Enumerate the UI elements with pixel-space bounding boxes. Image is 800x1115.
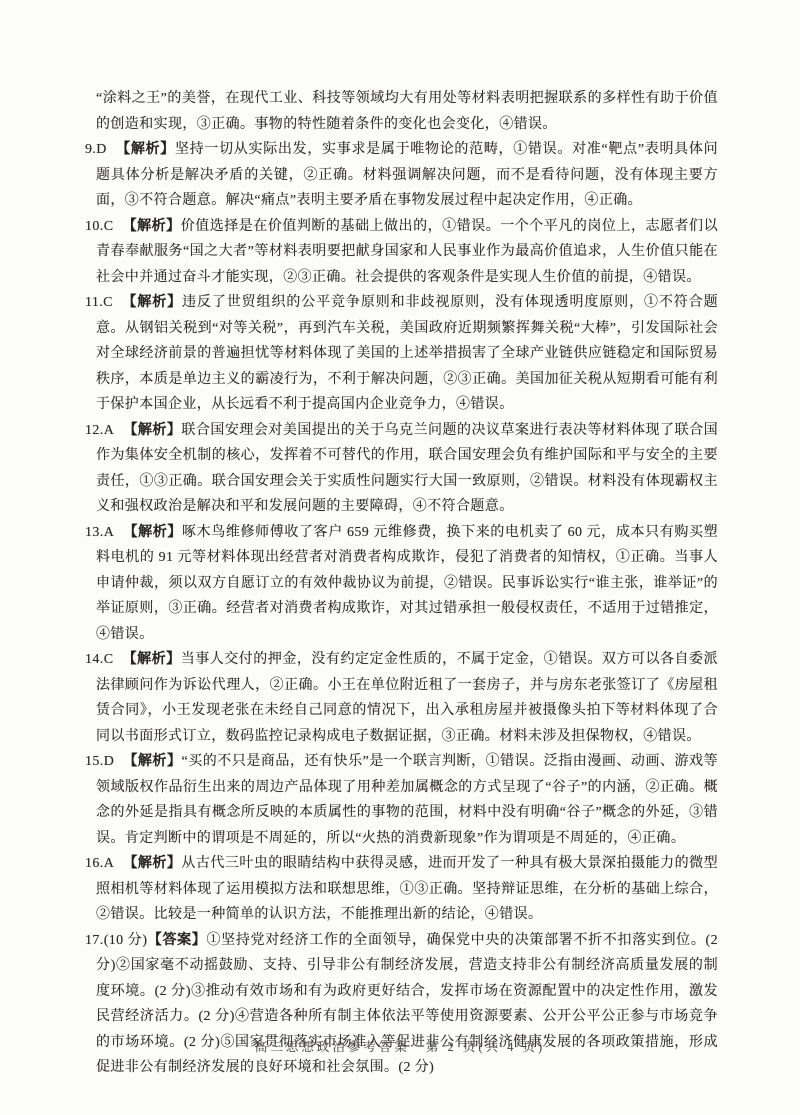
analysis-tag: 【解析】 (123, 754, 181, 769)
item-explanation-text: 从古代三叶虫的眼睛结构中获得灵感，进而开发了一种具有极大景深拍摄能力的微型照相机… (96, 856, 718, 922)
item-explanation-text: 坚持一切从实际出发，实事求是属于唯物论的范畴，①错误。对准“靶点”表明具体问题具… (96, 142, 718, 208)
answer-item-13: 13.A【解析】啄木鸟维修师傅收了客户 659 元维修费，换下来的电机卖了 60… (96, 520, 718, 648)
answer-item-17: 17.(10 分)【答案】①坚持党对经济工作的全面领导，确保党中央的决策部署不折… (96, 928, 718, 1081)
answer-item-12: 12.A【解析】联合国安理会对美国提出的关于乌克兰问题的决议草案进行表决等材料体… (96, 418, 718, 520)
analysis-tag: 【解析】 (122, 652, 180, 667)
item-number-and-choice: 9.D (85, 142, 107, 157)
analysis-tag: 【解析】 (123, 525, 182, 540)
page-footer: 高三思想政治参考答案第 2 页(共 4 页) (0, 1037, 800, 1055)
item-explanation-text: 联合国安理会对美国提出的关于乌克兰问题的决议草案进行表决等材料体现了联合国作为集… (96, 423, 718, 515)
item-number-and-score: 17.(10 分) (85, 933, 147, 948)
item-number-and-choice: 11.C (85, 295, 113, 310)
answer-item-10: 10.C【解析】价值选择是在价值判断的基础上做出的，①错误。一个个平凡的岗位上，… (96, 214, 718, 291)
answer-item-11: 11.C【解析】违反了世贸组织的公平竞争原则和非歧视原则，没有体现透明度原则，①… (96, 290, 718, 418)
item-explanation-text: “买的不只是商品，还有快乐”是一个联言判断，①错误。泛指由漫画、动画、游戏等领域… (96, 754, 718, 846)
analysis-tag: 【解析】 (123, 856, 181, 871)
answers-content: “涂料之王”的美誉，在现代工业、科技等领域均大有用处等材料表明把握联系的多样性有… (96, 86, 718, 1081)
item-number-and-choice: 16.A (85, 856, 114, 871)
footer-document-title: 高三思想政治参考答案 (255, 1040, 410, 1054)
answer-key-page: “涂料之王”的美誉，在现代工业、科技等领域均大有用处等材料表明把握联系的多样性有… (0, 0, 800, 1115)
answer-tag: 【答案】 (147, 933, 206, 948)
item-explanation-text: 价值选择是在价值判断的基础上做出的，①错误。一个个平凡的岗位上，志愿者们以青春奉… (96, 219, 718, 285)
item-number-and-choice: 12.A (85, 423, 114, 438)
footer-page-number: 第 2 页(共 4 页) (426, 1040, 545, 1054)
analysis-tag: 【解析】 (122, 219, 180, 234)
answer-item-16: 16.A【解析】从古代三叶虫的眼睛结构中获得灵感，进而开发了一种具有极大景深拍摄… (96, 851, 718, 928)
answer-item-15: 15.D【解析】“买的不只是商品，还有快乐”是一个联言判断，①错误。泛指由漫画、… (96, 749, 718, 851)
analysis-tag: 【解析】 (122, 295, 182, 310)
item-explanation-text: 啄木鸟维修师傅收了客户 659 元维修费，换下来的电机卖了 60 元，成本只有购… (96, 525, 718, 642)
analysis-tag: 【解析】 (116, 142, 175, 157)
answer-item-9: 9.D【解析】坚持一切从实际出发，实事求是属于唯物论的范畴，①错误。对准“靶点”… (96, 137, 718, 214)
item-explanation-text: 当事人交付的押金，没有约定定金性质的，不属于定金，①错误。双方可以各自委派法律顾… (96, 652, 718, 744)
analysis-tag: 【解析】 (123, 423, 181, 438)
item-number-and-choice: 14.C (85, 652, 113, 667)
answer-8-continuation: “涂料之王”的美誉，在现代工业、科技等领域均大有用处等材料表明把握联系的多样性有… (96, 86, 718, 137)
answer-item-14: 14.C【解析】当事人交付的押金，没有约定定金性质的，不属于定金，①错误。双方可… (96, 647, 718, 749)
item-number-and-choice: 13.A (85, 525, 114, 540)
item-number-and-choice: 15.D (85, 754, 114, 769)
item-number-and-choice: 10.C (85, 219, 113, 234)
item-explanation-text: 违反了世贸组织的公平竞争原则和非歧视原则，没有体现透明度原则，①不符合题意。从钢… (96, 295, 718, 412)
